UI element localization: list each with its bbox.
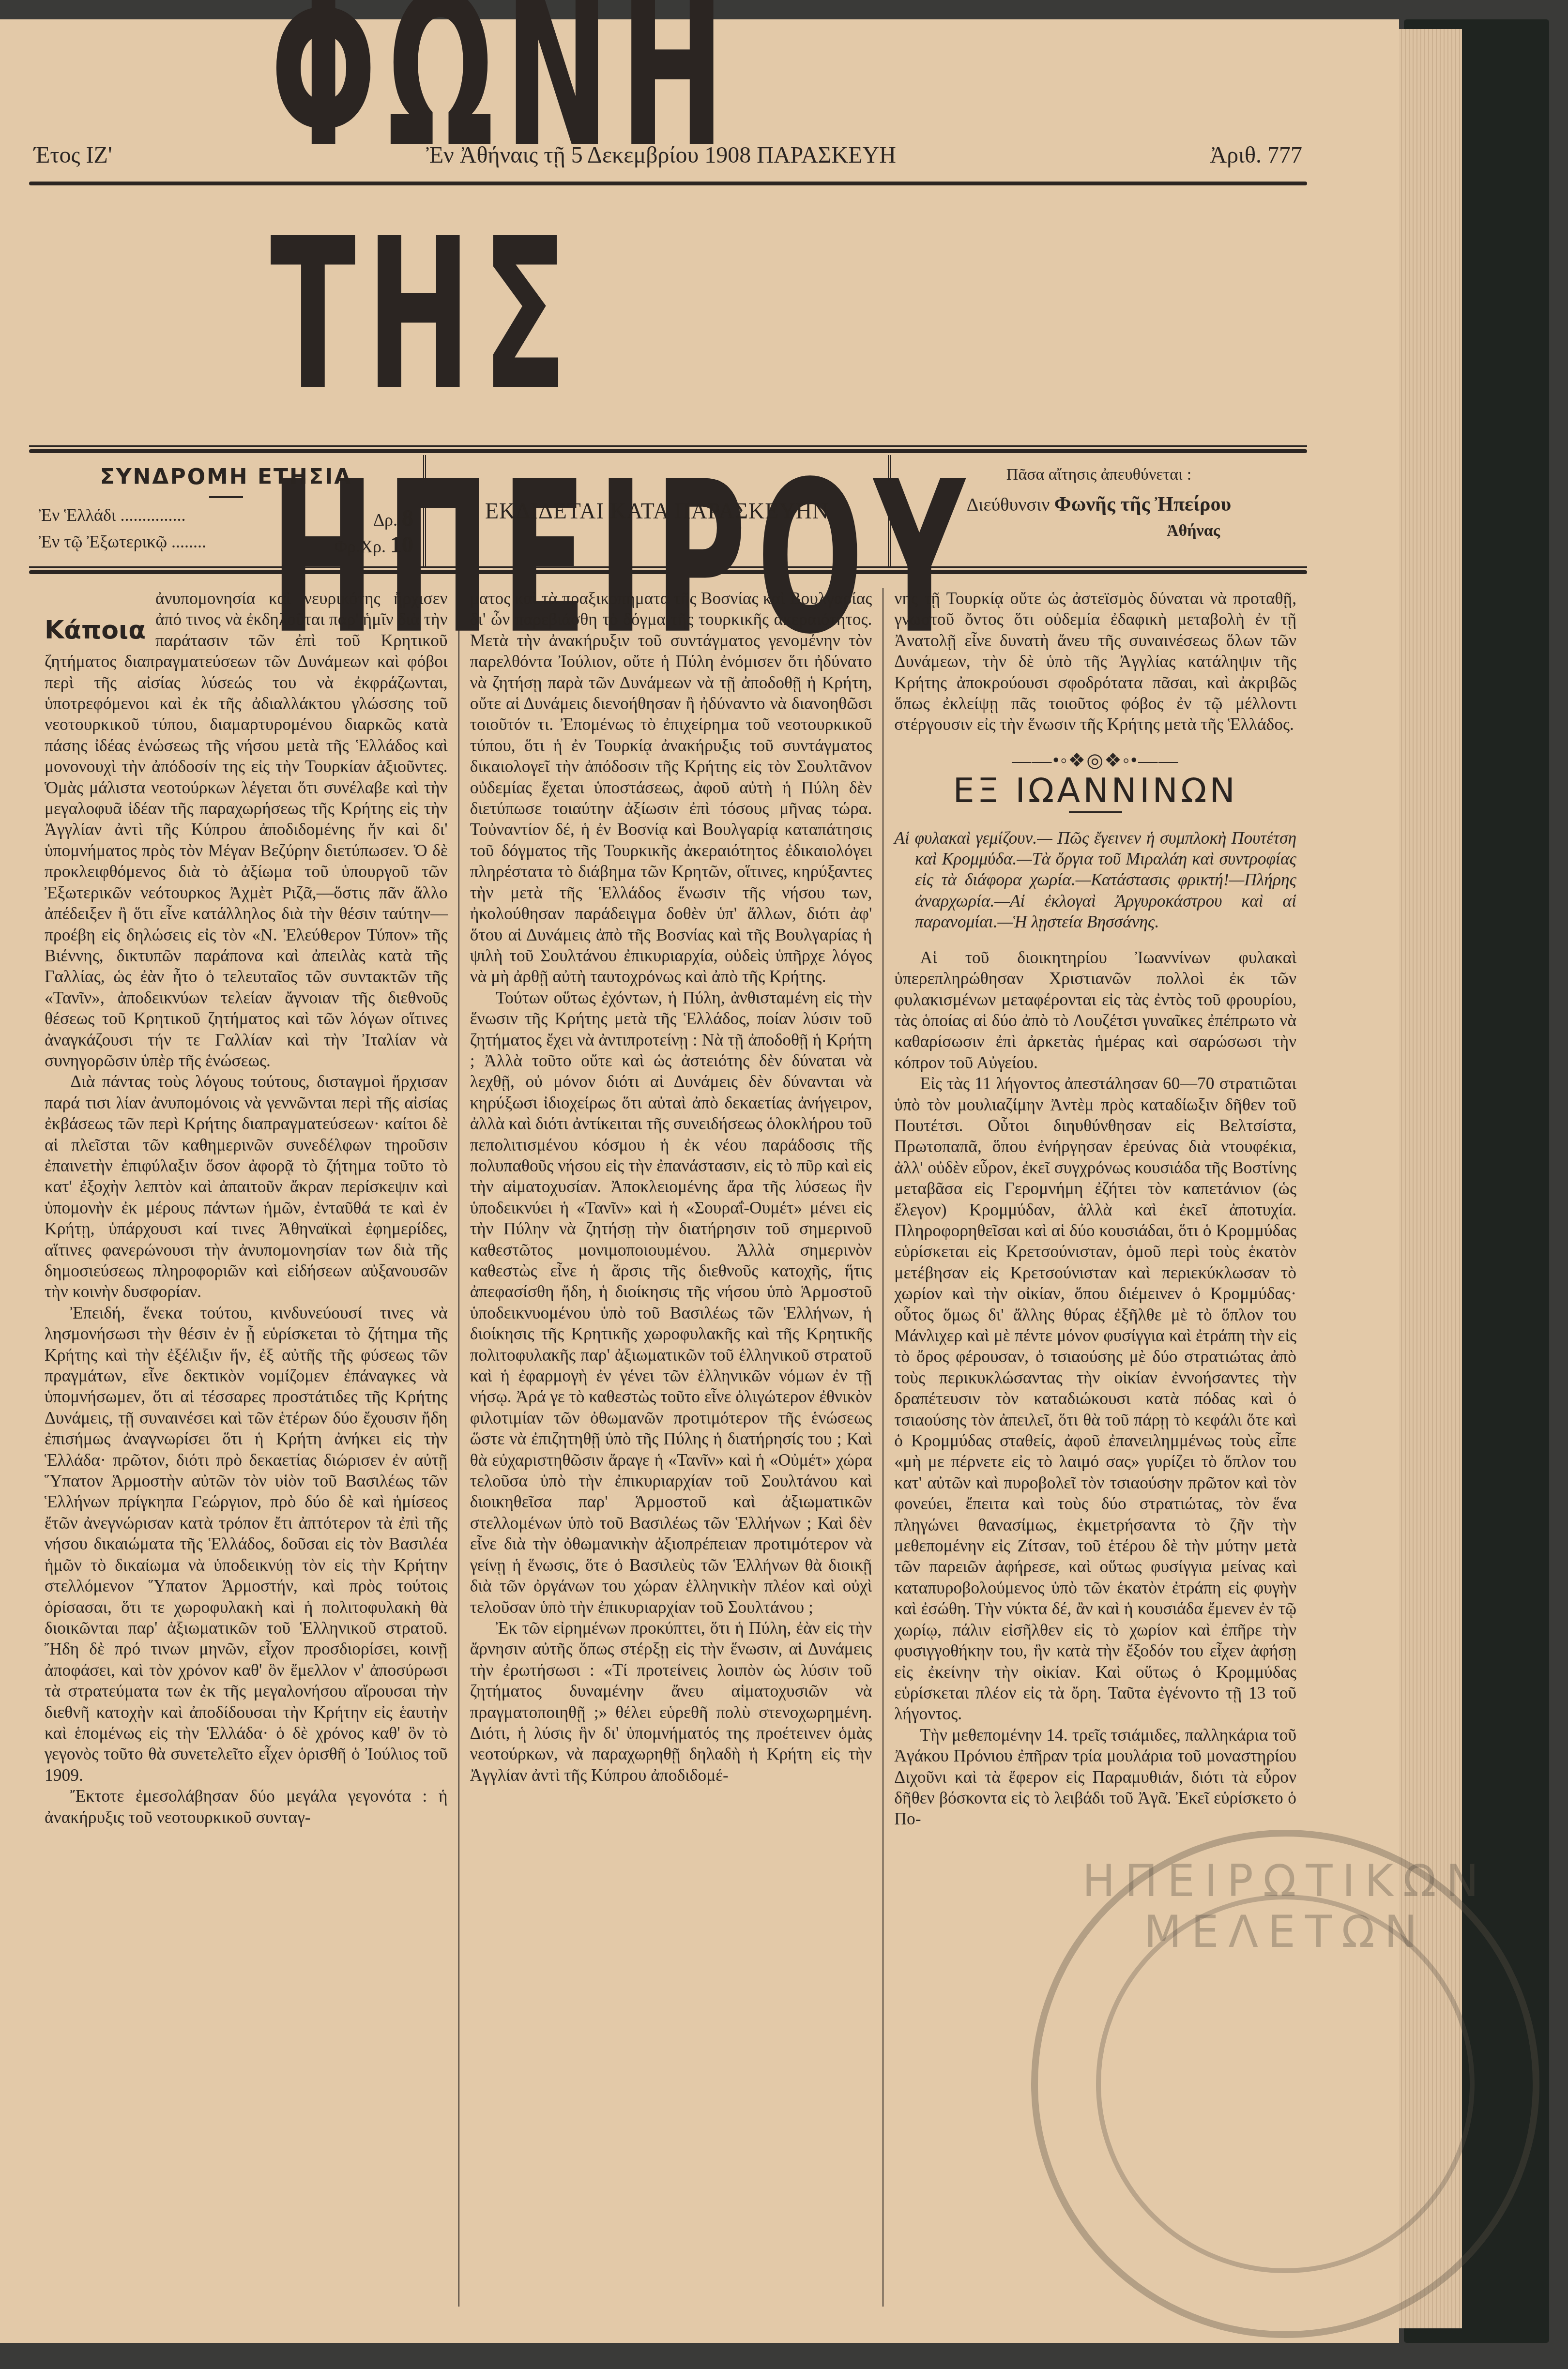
library-stamp-icon: ΗΠΕΙΡΩΤΙΚΩΝ ΜΕΛΕΤΩΝ (1031, 1830, 1539, 2338)
info-row: ΣΥΝΔΡΟΜΗ ΕΤΗΣΙΑ Ἐν Ἑλλάδι ..............… (29, 455, 1307, 566)
column-2: ματος καὶ τὰ πραξικοπήματα τῆς Βοσνίας κ… (458, 588, 883, 2307)
address-line: Διεύθυνσιν Φωνῆς τῆς Ἠπείρου (900, 493, 1297, 516)
lead-word: Κάποια (45, 609, 146, 651)
column-1: Κάποια ἀνυπομονησία καὶ νευρικότης ἤρχισ… (34, 588, 458, 2307)
price-row-foreign: Ἐν τῷ Ἐξωτερικῷ ........ Φρ.Χρ. 10 (39, 532, 413, 558)
paragraph: Τούτων οὕτως ἐχόντων, ἡ Πύλη, ἀνθισταμέν… (470, 987, 872, 1618)
paragraph: Ἐπειδή, ἕνεκα τούτου, κινδυνεύουσί τινες… (45, 1303, 448, 1786)
paragraph: Ἐκ τῶν εἰρημένων προκύπτει, ὅτι ἡ Πύλη, … (470, 1618, 872, 1786)
issue-number: Ἀριθ. 777 (1210, 142, 1302, 168)
paragraph: ἀνυπομονησία καὶ νευρικότης ἤρχισεν ἀπό … (45, 588, 448, 1071)
price-currency: Δρ. (373, 510, 397, 530)
price-place: Ἐν Ἑλλάδι ............... (39, 505, 186, 532)
divider (1069, 811, 1122, 813)
address-intro: Πᾶσα αἴτησις ἀπευθύνεται : (900, 466, 1297, 484)
stamp-text: ΗΠΕΙΡΩΤΙΚΩΝ ΜΕΛΕΤΩΝ (1038, 1856, 1533, 1958)
divider (209, 496, 243, 498)
paragraph: ματος καὶ τὰ πραξικοπήματα τῆς Βοσνίας κ… (470, 588, 872, 987)
newspaper-title: ΦΩΝΗ ΤΗΣ ΗΠΕΙΡΟΥ (270, 193, 1037, 437)
publication-note: ΕΚΔΙΔΕΤΑΙ ΚΑΤΑ ΠΑΡΑΣΚΕΥΗΝ (485, 498, 829, 524)
price-place: Ἐν τῷ Ἐξωτερικῷ ........ (39, 532, 206, 558)
publication-box: ΕΚΔΙΔΕΤΑΙ ΚΑΤΑ ΠΑΡΑΣΚΕΥΗΝ (426, 455, 891, 566)
ornament-divider: ——•◦❖◎❖◦•—— (894, 750, 1296, 771)
header-rule-thin (29, 445, 1307, 447)
address-city: Ἀθήνας (900, 522, 1297, 540)
paragraph: Τὴν μεθεπομένην 14. τρεῖς τσιάμιδες, παλ… (894, 1725, 1296, 1830)
subscription-box: ΣΥΝΔΡΟΜΗ ΕΤΗΣΙΑ Ἐν Ἑλλάδι ..............… (29, 455, 426, 566)
info-rule-thick (29, 570, 1307, 574)
paragraph: Διὰ πάντας τοὺς λόγους τούτους, δισταγμο… (45, 1071, 448, 1302)
article-summary: Αἱ φυλακαὶ γεμίζουν.— Πῶς ἔγεινεν ἡ συμπ… (894, 828, 1296, 933)
header-rule-thick (29, 449, 1307, 453)
year-label: Έτος ΙΖ' (34, 142, 112, 168)
paragraph: Αἱ τοῦ διοικητηρίου Ἰωαννίνων φυλακαὶ ὑπ… (894, 947, 1296, 1073)
paragraph: Ἔκτοτε ἐμεσολάβησαν δύο μεγάλα γεγονότα … (45, 1786, 448, 1828)
price-amount: 10 (390, 532, 413, 558)
price-amount: 8 (402, 505, 413, 531)
address-box: Πᾶσα αἴτησις ἀπευθύνεται : Διεύθυνσιν Φω… (891, 455, 1307, 566)
paragraph: Εἰς τὰς 11 λήγοντος ἀπεστάλησαν 60—70 στ… (894, 1073, 1296, 1725)
price-row-domestic: Ἐν Ἑλλάδι ............... Δρ. 8 (39, 505, 413, 532)
subscription-heading: ΣΥΝΔΡΟΜΗ ΕΤΗΣΙΑ (39, 465, 413, 489)
section-heading: ΕΞ ΙΩΑΝΝΙΝΩΝ (894, 780, 1296, 801)
price-currency: Φρ.Χρ. (335, 537, 386, 556)
info-rule-thin (29, 566, 1307, 568)
address-prefix: Διεύθυνσιν (967, 495, 1050, 515)
address-name: Φωνῆς τῆς Ἠπείρου (1054, 493, 1231, 516)
paragraph: νης τῇ Τουρκίᾳ οὔτε ὡς ἀστεϊσμὸς δύναται… (894, 588, 1296, 735)
